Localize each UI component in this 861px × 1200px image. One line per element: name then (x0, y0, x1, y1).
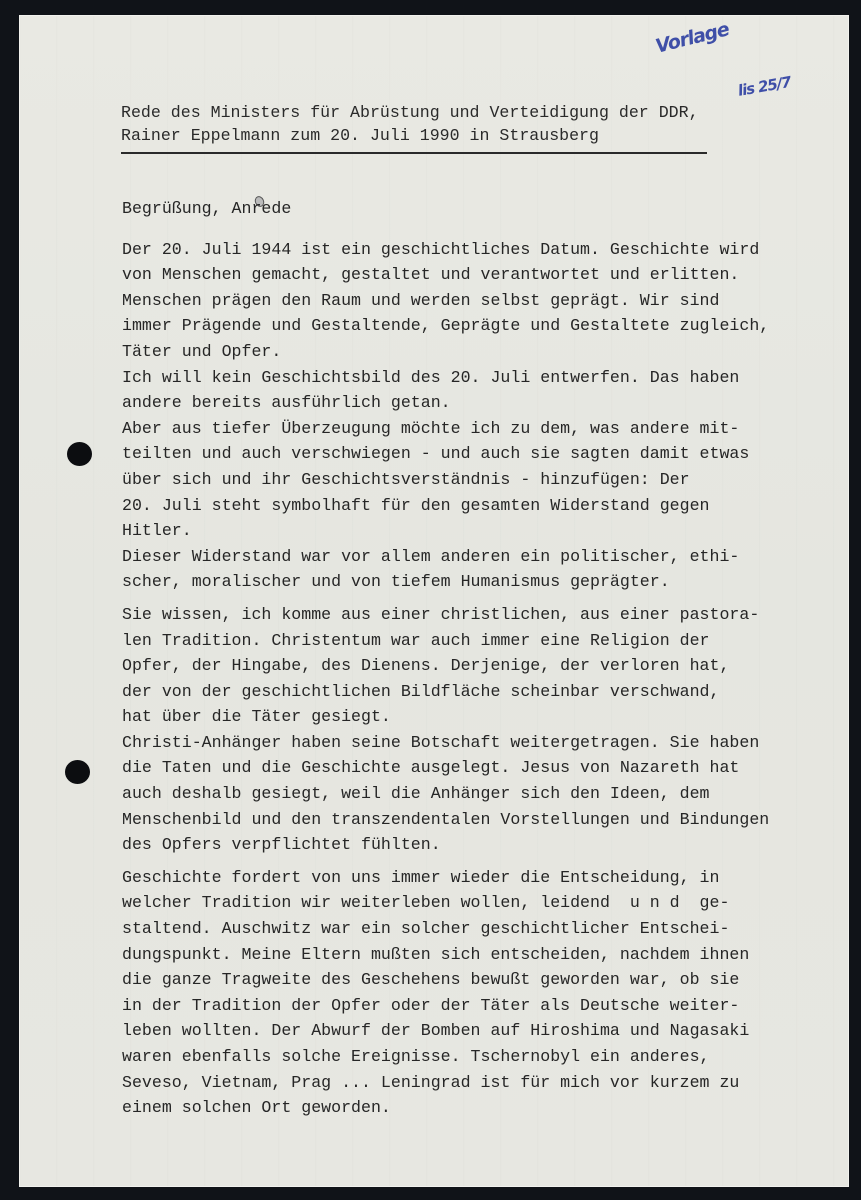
text-line: waren ebenfalls solche Ereignisse. Tsche… (122, 1044, 822, 1070)
paragraph-decision: Geschichte fordert von uns immer wieder … (122, 865, 822, 1121)
text-line: Täter und Opfer. (122, 339, 822, 365)
text-line: Der 20. Juli 1944 ist ein geschichtliche… (122, 237, 822, 263)
paragraph-christian-tradition: Sie wissen, ich komme aus einer christli… (122, 602, 822, 858)
punch-hole-top (67, 442, 92, 466)
text-line: Ich will kein Geschichtsbild des 20. Jul… (122, 365, 822, 391)
text-line: Begrüßung, Anrede (122, 196, 822, 222)
text-line: scher, moralischer und von tiefem Humani… (122, 569, 822, 595)
text-line: dungspunkt. Meine Eltern mußten sich ent… (122, 942, 822, 968)
text-line: von Menschen gemacht, gestaltet und vera… (122, 262, 822, 288)
text-line: Christi-Anhänger haben seine Botschaft w… (122, 730, 822, 756)
text-line: Aber aus tiefer Überzeugung möchte ich z… (122, 416, 822, 442)
text-line: Dieser Widerstand war vor allem anderen … (122, 544, 822, 570)
paragraph-20-juli: Der 20. Juli 1944 ist ein geschichtliche… (122, 237, 822, 595)
text-line: staltend. Auschwitz war ein solcher gesc… (122, 916, 822, 942)
paragraph-greeting: Begrüßung, Anrede (122, 196, 822, 222)
text-line: des Opfers verpflichtet fühlten. (122, 832, 822, 858)
text-line: die Taten und die Geschichte ausgelegt. … (122, 755, 822, 781)
text-line: leben wollten. Der Abwurf der Bomben auf… (122, 1018, 822, 1044)
text-line: einem solchen Ort geworden. (122, 1095, 822, 1121)
text-line: Sie wissen, ich komme aus einer christli… (122, 602, 822, 628)
text-line: Hitler. (122, 518, 822, 544)
text-line: Opfer, der Hingabe, des Dienens. Derjeni… (122, 653, 822, 679)
speech-title: Rede des Ministers für Abrüstung und Ver… (121, 101, 707, 147)
text-line: Seveso, Vietnam, Prag ... Leningrad ist … (122, 1070, 822, 1096)
text-line: auch deshalb gesiegt, weil die Anhänger … (122, 781, 822, 807)
text-line: über sich und ihr Geschichtsverständnis … (122, 467, 822, 493)
punch-hole-bottom (65, 760, 90, 784)
text-line: Menschenbild und den transzendentalen Vo… (122, 807, 822, 833)
text-line: 20. Juli steht symbolhaft für den gesamt… (122, 493, 822, 519)
speech-body: Begrüßung, Anrede Der 20. Juli 1944 ist … (122, 196, 822, 1121)
text-line: immer Prägende und Gestaltende, Geprägte… (122, 313, 822, 339)
text-line: andere bereits ausführlich getan. (122, 390, 822, 416)
title-line-2: Rainer Eppelmann zum 20. Juli 1990 in St… (121, 124, 707, 147)
text-line: Geschichte fordert von uns immer wieder … (122, 865, 822, 891)
text-line: die ganze Tragweite des Geschehens bewuß… (122, 967, 822, 993)
text-line: hat über die Täter gesiegt. (122, 704, 822, 730)
title-line-1: Rede des Ministers für Abrüstung und Ver… (121, 101, 707, 124)
text-line: Menschen prägen den Raum und werden selb… (122, 288, 822, 314)
text-line: in der Tradition der Opfer oder der Täte… (122, 993, 822, 1019)
text-line: der von der geschichtlichen Bildfläche s… (122, 679, 822, 705)
title-underline (121, 152, 707, 154)
text-line: teilten und auch verschwiegen - und auch… (122, 441, 822, 467)
text-line: len Tradition. Christentum war auch imme… (122, 628, 822, 654)
text-line: welcher Tradition wir weiterleben wollen… (122, 890, 822, 916)
